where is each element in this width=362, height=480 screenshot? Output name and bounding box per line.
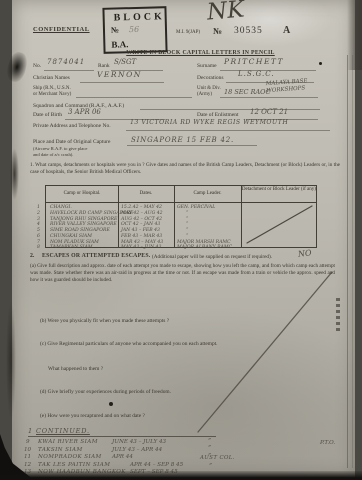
cont-dates: APR 44 – SEP 8 45 <box>130 462 183 468</box>
scan-corner-shadow <box>347 0 362 70</box>
surname-label: Surname <box>197 63 217 69</box>
row-number: 6 <box>37 234 40 239</box>
decorations-label: Decorations <box>197 75 224 81</box>
private-address-value: 13 VICTORIA RD WYKE REGIS WEYMOUTH <box>130 119 288 126</box>
service-number-label: No. <box>33 63 41 69</box>
surname-value: PRITCHETT <box>224 57 284 66</box>
question-2-heading: ESCAPES OR ATTEMPTED ESCAPES. <box>42 253 150 259</box>
private-address-label: Private Address and Telephone No. <box>33 123 111 129</box>
pto-note: P.T.O. <box>320 440 335 446</box>
christian-names-label: Christian Names <box>33 75 70 81</box>
confidential-marking: CONFIDENTIAL <box>33 26 90 33</box>
field-rule <box>127 145 257 146</box>
series-letter: A <box>283 25 290 36</box>
ship-label-line2: or Merchant Navy) <box>33 92 71 97</box>
cont-dates: JULY 43 – APR 44 <box>112 447 162 453</box>
leader-note: AUST COL. <box>200 455 235 461</box>
leader-cell: ” <box>186 228 188 233</box>
question-2b-text: (b) Were you physically fit when you mad… <box>40 318 169 324</box>
unit-value: 18 SEC RAOC <box>224 88 270 96</box>
date-of-birth-value: 3 APR 06 <box>68 108 101 116</box>
continuation-title: CONTINUED. <box>36 427 90 435</box>
cont-row-number: 12 <box>24 462 31 468</box>
ink-dot <box>109 402 113 406</box>
dates-cell: 15.2.42 – MAY 42 <box>121 205 162 210</box>
dates-cell: MAY 43 – JUN 43 <box>121 245 161 250</box>
edge-marking <box>336 298 340 332</box>
col-header-dates: Dates. <box>118 191 174 198</box>
enlistment-label: Date of Enlistment <box>197 112 239 118</box>
cont-camp: TAK LES PAITIN SIAM <box>38 462 110 468</box>
service-number-value: 7874041 <box>47 58 85 66</box>
dates-cell: AUG 42 – OCT 42 <box>121 217 162 222</box>
leader-cell: GEN. PERCIVAL <box>177 205 215 210</box>
scan-edge-shadow <box>6 300 16 420</box>
cont-camp: TAKSIN SIAM <box>38 447 83 453</box>
col-header-camp: Camp or Hospital. <box>46 191 118 198</box>
serial-number: 30535 <box>234 26 263 36</box>
field-rule <box>44 70 94 71</box>
question-2-heading-note: (Additional paper will be supplied on re… <box>152 254 272 260</box>
camp-table: Camp or Hospital. Dates. Camp Leader. De… <box>45 185 317 248</box>
camp-cell: CHANGI. <box>50 205 72 210</box>
col-header-leader: Camp Leader. <box>174 191 241 198</box>
capture-note-line1: (Aircrew R.A.F. to give place <box>33 146 87 151</box>
capture-note-line2: and date of a/c crash). <box>33 152 73 157</box>
leader-cell: ” <box>186 211 188 216</box>
dates-cell: FEB 43 – MAR 43 <box>121 234 162 239</box>
continuation-rule <box>28 436 216 437</box>
decorations-value: L.S.G.C. <box>238 70 275 78</box>
field-rule <box>76 97 192 98</box>
leader-cell: MAJOR ALBANY RAMC <box>177 245 232 250</box>
stamp-no-symbol: № <box>111 25 119 34</box>
capture-label: Place and Date of Original Capture <box>33 139 110 145</box>
cont-dates: JUNE 43 – JULY 43 <box>112 439 166 445</box>
question-2c-text: (c) Give Regimental particulars of anyon… <box>40 341 218 347</box>
rank-label: Rank <box>98 63 110 69</box>
unit-label-line1: Unit & Div. <box>197 86 221 91</box>
form-reference: M.I. 9(JAP) <box>176 30 200 35</box>
row-number: 4 <box>37 222 40 227</box>
field-rule <box>220 97 318 98</box>
field-rule <box>140 109 320 110</box>
stamp-number-handwritten: 56 <box>129 25 139 34</box>
question-2c2-text: What happened to them ? <box>48 366 103 372</box>
date-of-birth-label: Date of Birth <box>33 112 62 118</box>
handwritten-no-answer: NO <box>298 248 312 258</box>
leader-cell: ” <box>186 222 188 227</box>
camp-cell: SIME ROAD SINGAPORE <box>50 228 110 233</box>
row-number: 3 <box>37 217 40 222</box>
page-edge-line <box>347 55 349 468</box>
dates-cell: JAN 43 – FEB 43 <box>121 228 160 233</box>
leader-cell: ” <box>186 234 188 239</box>
row-number: 1 <box>37 205 40 210</box>
capture-value: SINGAPORE 15 FEB 42. <box>131 136 234 144</box>
camp-cell: CHUNGKAI SIAM <box>50 234 92 239</box>
scan-edge-shadow <box>10 148 19 200</box>
cont-camp: NOMPRADOK SIAM <box>38 454 102 460</box>
scanned-pow-questionnaire: CONFIDENTIAL BLOCK № 56 B.A. NK M.I. 9(J… <box>0 0 362 480</box>
question-2-number: 2. <box>30 253 34 259</box>
row-number: 2 <box>37 211 40 216</box>
pencil-instruction-heading: WRITE IN BLOCK CAPITAL LETTERS IN PENCIL <box>88 50 313 56</box>
dates-cell: MAY 42 – AUG 42 <box>121 211 163 216</box>
field-rule <box>126 130 330 131</box>
camp-cell: RIVER VALLEY SINGAPORE <box>50 222 117 227</box>
stamp-ba-text: B.A. <box>111 39 128 49</box>
camp-cell: TANJONG RHU SINGAPORE <box>50 217 117 222</box>
serial-no-symbol: № <box>213 26 222 36</box>
question-2e-text: (e) How were you recaptured and on what … <box>40 413 145 419</box>
col-header-block-leader: Detachment or Block Leader (if any). <box>241 187 318 194</box>
stamp-block-text: BLOCK <box>114 11 165 23</box>
camp-cell: TAMARKAN SIAM <box>50 245 93 250</box>
scan-bottom-edge <box>0 471 362 480</box>
handwritten-nk: NK <box>206 0 245 26</box>
enlistment-value: 12 OCT 21 <box>250 108 288 116</box>
question-2d-text: (d) Give briefly your experiences during… <box>40 389 171 395</box>
page-edge-line <box>352 55 354 468</box>
cont-row-number: 11 <box>24 454 31 460</box>
leader-cell: ” <box>186 217 188 222</box>
unit-label-line2: (Army) <box>197 92 212 97</box>
question-1-text: 1. What camps, detachments or hospitals … <box>30 162 340 176</box>
cont-camp: KWAI RIVER SIAM <box>38 439 98 445</box>
row-number: 5 <box>37 228 40 233</box>
cont-dates: APR 44 <box>112 454 133 460</box>
dates-cell: OCT 42 – JAN 43 <box>121 222 160 227</box>
christian-names-value: VERNON <box>97 70 142 79</box>
cont-row-number: 9 <box>26 439 30 445</box>
ditto-mark: ” <box>209 463 212 470</box>
rank-value: S/SGT <box>114 58 136 66</box>
table-header-rule <box>46 202 316 203</box>
cont-row-number: 10 <box>24 447 31 453</box>
block-number-stamp: BLOCK № 56 B.A. <box>102 6 167 54</box>
ink-spot <box>319 62 322 65</box>
continuation-prefix: 1 <box>28 427 32 435</box>
row-number: 8 <box>37 245 40 250</box>
table-row: 8 TAMARKAN SIAM MAY 43 – JUN 43 MAJOR AL… <box>46 245 316 251</box>
question-2a-text: (a) Give full description and approx. da… <box>30 263 335 284</box>
field-rule <box>80 82 164 83</box>
